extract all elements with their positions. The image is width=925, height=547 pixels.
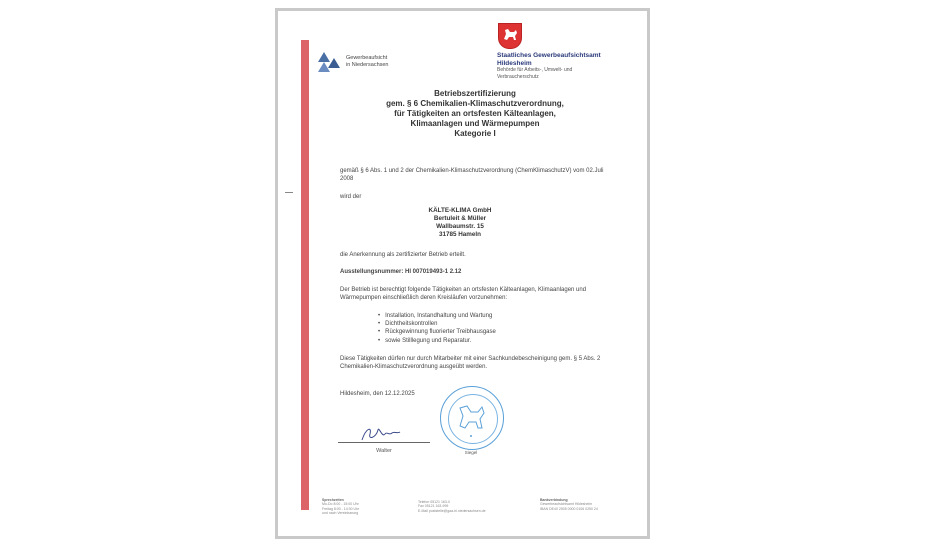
footer-line: IBAN DE40 2505 0000 0106 0250 24 <box>540 507 598 511</box>
certificate-title: Betriebszertifizierung gem. § 6 Chemikal… <box>330 89 620 139</box>
footer-hours: Sprechzeiten Mo-Do 8:00 - 15:00 Uhr Frei… <box>322 498 359 516</box>
footer-line: E-Mail poststelle@gaa-hi.niedersachsen.d… <box>418 509 486 513</box>
official-seal-icon <box>440 386 504 450</box>
company-owners: Bertuleit & Müller <box>400 215 520 223</box>
company-address: KÄLTE-KLIMA GmbH Bertuleit & Müller Wall… <box>400 207 520 239</box>
footer-line: und nach Vereinbarung <box>322 511 359 515</box>
title-line: Kategorie I <box>330 129 620 139</box>
logo-line-2: in Niedersachsen <box>346 62 389 69</box>
restriction-text: Diese Tätigkeiten dürfen nur durch Mitar… <box>340 355 615 371</box>
wird-der: wird der <box>340 193 625 201</box>
footer-bank: Bankverbindung Gewerbeaufsichtsamt Hilde… <box>540 498 598 511</box>
title-line: Betriebszertifizierung <box>330 89 620 99</box>
company-city: 31785 Hameln <box>400 231 520 239</box>
title-line: für Tätigkeiten an ortsfesten Kälteanlag… <box>330 109 620 119</box>
recognition-text: die Anerkennung als zertifizierter Betri… <box>340 251 625 259</box>
list-item: Dichtheitskontrollen <box>386 320 496 328</box>
seal-label: Siegel <box>440 450 502 455</box>
authority-sub-2: Verbraucherschutz <box>497 74 601 81</box>
logo-line-1: Gewerbeaufsicht <box>346 55 389 62</box>
list-item: sowie Stilllegung und Reparatur. <box>386 337 496 345</box>
activities-list: Installation, Instandhaltung und Wartung… <box>378 312 496 345</box>
gewerbeaufsicht-logo: Gewerbeaufsicht in Niedersachsen <box>318 52 389 72</box>
title-line: gem. § 6 Chemikalien-Klimaschutzverordnu… <box>330 99 620 109</box>
authority-block: Staatliches Gewerbeaufsichtsamt Hildeshe… <box>497 52 601 80</box>
authority-city: Hildesheim <box>497 60 601 68</box>
title-line: Klimaanlagen und Wärmepumpen <box>330 119 620 129</box>
triangles-logo-icon <box>318 52 340 72</box>
margin-red-bar <box>301 40 309 510</box>
list-item: Installation, Instandhaltung und Wartung <box>386 312 496 320</box>
signature-line <box>338 442 430 443</box>
authorization-text: Der Betrieb ist berechtigt folgende Täti… <box>340 286 625 302</box>
signer-name: Walter <box>338 448 430 454</box>
issue-number: Ausstellungsnummer: HI 007019493-1 2.12 <box>340 268 625 276</box>
company-street: Wallbaumstr. 15 <box>400 223 520 231</box>
footer-bank-heading: Bankverbindung <box>540 498 568 502</box>
footer-hours-heading: Sprechzeiten <box>322 498 344 502</box>
handwritten-signature-icon <box>358 424 403 449</box>
company-name: KÄLTE-KLIMA GmbH <box>400 207 520 215</box>
footer-contact: Telefon 05121 163-0 Fax 05121 163-999 E-… <box>418 500 486 513</box>
legal-basis: gemäß § 6 Abs. 1 und 2 der Chemikalien-K… <box>340 167 610 183</box>
list-item: Rückgewinnung fluorierter Treibhausgase <box>386 328 496 336</box>
authority-name: Staatliches Gewerbeaufsichtsamt <box>497 52 601 60</box>
lower-saxony-crest-icon <box>498 23 522 49</box>
fold-mark <box>285 192 293 193</box>
